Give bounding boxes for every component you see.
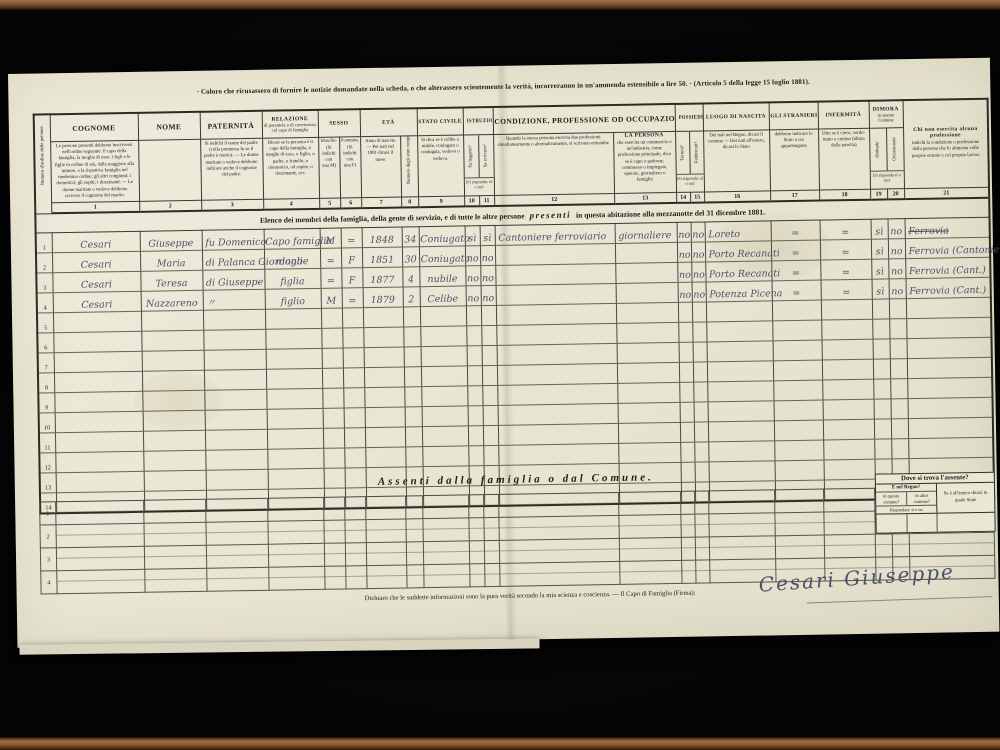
cell-occasionale [891, 439, 908, 459]
cell-scrive: no [480, 266, 495, 286]
cell-empty [268, 520, 324, 544]
cell-empty [681, 537, 695, 560]
col-dimora-title: DIMORAin questo Comune [869, 100, 903, 128]
cell-f [343, 368, 364, 388]
cell-stranieri [774, 440, 823, 461]
col-infermita-desc: Dire se è cieco, sordo-muto o cretino (i… [818, 128, 870, 190]
cell-paternita [204, 349, 266, 370]
cell-terreni [679, 382, 693, 402]
cell-infermita: = [821, 279, 872, 300]
cell-anni: 30 [402, 247, 419, 267]
cell-cognome [53, 331, 141, 352]
cell-nome [142, 390, 204, 411]
signature-rule-line [807, 596, 992, 603]
cell-empty [695, 514, 709, 537]
cell-professione [497, 344, 617, 366]
cell-anno: 1848 [362, 227, 402, 248]
cell-empty [875, 534, 892, 557]
cell-relazione [266, 348, 322, 369]
col-stranieri-desc: debbono indicare lo Stato a cui apparten… [769, 129, 819, 191]
col-luogo-desc: Dei nati nel Regno, dicasi il comune — D… [703, 130, 770, 192]
cell-relazione [267, 408, 323, 429]
cell-f [344, 408, 365, 428]
cell-empty [407, 565, 424, 588]
cell-scrive: no [481, 286, 496, 306]
cell-m [322, 388, 343, 408]
cell-empty [406, 519, 423, 542]
cell-terreni: no [677, 262, 691, 282]
cell-occasionale: no [888, 239, 905, 259]
cell-terreni: no [678, 282, 692, 302]
cell-scrive [481, 306, 496, 326]
cell-abituale [874, 399, 891, 419]
cell-empty [423, 518, 469, 542]
cell-relazione [265, 328, 321, 349]
cell-abituale: sì [872, 279, 889, 299]
cell-stato [421, 346, 467, 367]
cell-infermita [822, 359, 873, 380]
cell-anno [364, 347, 404, 368]
cell-stato [422, 426, 468, 447]
cell-infermita: = [820, 259, 871, 280]
cell-cognome [55, 451, 143, 472]
col-condizione-desc: Quando la stessa persona esercita due pr… [493, 132, 614, 195]
col-possiede-desc: Terreni? Fabbricati? (Si risponda: sì o … [675, 131, 704, 193]
cell-legge [467, 346, 482, 366]
cell-empty [423, 495, 469, 519]
cell-paternita: fu Domenico [202, 229, 264, 250]
cell-m [321, 308, 342, 328]
cell-chi: Ferrovia [905, 217, 990, 238]
col-sesso-title: SESSO [318, 109, 360, 137]
col-persona-desc: LA PERSONAche esercita un commercio o un… [613, 131, 676, 193]
cell-occasionale [890, 379, 907, 399]
cell-empty [824, 534, 875, 558]
cell-empty [500, 561, 620, 586]
cell-occasionale [889, 319, 906, 339]
cell-chi [908, 417, 993, 438]
cell-fabbricati [692, 322, 706, 342]
col-sesso-m: Maschio(Si indichi con una M) [318, 137, 340, 198]
wood-shelf-bottom [0, 737, 1000, 750]
col-eta-anno: Anno di nascita — Pei nati nel 1881 dica… [360, 136, 401, 198]
col-cognome-desc: Le persone presenti debbono inscriversi … [50, 140, 139, 203]
cell-paternita [205, 429, 267, 450]
col-dimora-desc: Abituale Occasionale (Si risponda sì o n… [869, 128, 904, 190]
row-number: 2 [36, 253, 52, 273]
cell-empty [469, 518, 484, 541]
cell-persona [615, 243, 677, 264]
cell-persona [617, 343, 679, 364]
cell-abituale [873, 339, 890, 359]
row-number: 7 [38, 353, 54, 373]
cell-empty [325, 566, 346, 589]
cell-anni: 4 [402, 267, 419, 287]
absent-box-estero: Se è all'estero dicasi in quale Stato [936, 483, 994, 513]
cell-anno: 1877 [362, 267, 402, 288]
col-paternita-title: PATERNITÀ [200, 111, 262, 140]
cell-terreni [679, 342, 693, 362]
cell-legge [466, 306, 481, 326]
cell-professione [497, 364, 617, 386]
cell-empty [709, 536, 775, 560]
cell-terreni [680, 402, 694, 422]
cell-paternita [205, 449, 267, 470]
cell-relazione [266, 388, 322, 409]
absent-box-note: Rispondasi: sì o no [876, 505, 936, 514]
cell-stato: Celibe [420, 286, 466, 307]
cell-m [323, 428, 344, 448]
cell-f [342, 328, 363, 348]
cell-cognome: Cesari [52, 231, 140, 252]
cell-stato: Coniugato [419, 226, 465, 247]
row-number: 9 [38, 393, 54, 413]
cell-luogo [707, 361, 773, 382]
cell-empty [268, 497, 324, 521]
cell-luogo: Porto Recanati [705, 261, 771, 282]
cell-empty [775, 512, 824, 536]
col-legge: Sa leggere? [464, 135, 479, 177]
cell-professione [496, 284, 616, 306]
cell-cognome: Cesari [52, 251, 140, 272]
cell-empty [499, 515, 619, 540]
col-abituale: Abituale [870, 128, 887, 170]
census-table-header: Numero d'ordine delle persone COGNOME NO… [34, 99, 990, 233]
col-condizione-title: CONDIZIONE, PROFESSIONE OD OCCUPAZIONE [493, 104, 675, 135]
cell-f: F [341, 248, 362, 268]
cell-fabbricati [692, 302, 706, 322]
cell-occasionale [889, 299, 906, 319]
cell-nome: Teresa [140, 270, 202, 291]
cell-occasionale: no [888, 219, 905, 239]
row-number: 11 [39, 433, 55, 453]
cell-infermita [822, 339, 873, 360]
col-nome-title: NOME [138, 112, 200, 141]
cell-m [323, 448, 344, 468]
cell-empty [56, 546, 144, 570]
cell-chi: Ferrovia (Cant.) [905, 257, 990, 278]
cell-empty [366, 542, 406, 566]
row-number: 12 [39, 453, 55, 473]
cell-empty [56, 523, 144, 547]
cell-cognome [54, 371, 142, 392]
cell-empty [366, 496, 406, 520]
cell-paternita: 〃 [203, 289, 265, 310]
cell-persona [618, 403, 680, 424]
cell-relazione: figlia [264, 268, 320, 289]
cell-luogo [707, 381, 773, 402]
cell-m [321, 328, 342, 348]
cell-stranieri [774, 400, 823, 421]
cell-terreni: no [677, 242, 691, 262]
col-luogo-title: LUOGO DI NASCITA [703, 102, 769, 131]
cell-anni: 34 [402, 227, 419, 247]
cell-luogo [708, 421, 774, 442]
cell-legge [466, 326, 481, 346]
cell-anni [405, 407, 422, 427]
row-number: 3 [40, 548, 56, 571]
cell-empty [268, 543, 324, 567]
cell-anni [405, 447, 422, 467]
cell-persona [615, 263, 677, 284]
cell-empty [682, 560, 696, 583]
absent-location-box: Dove si trova l'assente? È nel Regno? Se… [875, 472, 996, 534]
cell-nome [143, 450, 205, 471]
cell-m: M [321, 288, 342, 308]
cell-infermita [823, 399, 874, 420]
cell-stato [420, 326, 466, 347]
cell-empty [367, 565, 407, 589]
cell-persona [618, 443, 680, 464]
cell-infermita [822, 379, 873, 400]
cell-empty [499, 538, 619, 563]
row-number: 1 [36, 233, 52, 253]
cell-anno: 1851 [362, 247, 402, 268]
cell-stranieri [773, 340, 822, 361]
cell-nome: Nazzareno [141, 290, 203, 311]
cell-professione [495, 264, 615, 286]
cell-persona [616, 323, 678, 344]
cell-scrive [482, 386, 497, 406]
col-istruzione-title: ISTRUZIONE [463, 107, 493, 135]
cell-fabbricati [694, 402, 708, 422]
cell-legge [468, 446, 483, 466]
cell-luogo: Potenza Picena [706, 281, 772, 302]
cell-nome: Giuseppe [140, 230, 202, 251]
cell-abituale [872, 299, 889, 319]
cell-stato [420, 306, 466, 327]
cell-abituale: sì [871, 219, 888, 239]
cell-empty [269, 566, 325, 590]
cell-empty [206, 498, 268, 522]
cell-empty [695, 537, 709, 560]
cell-nome [142, 370, 204, 391]
cell-professione [495, 244, 615, 266]
cell-persona [616, 283, 678, 304]
cell-cognome [54, 351, 142, 372]
cell-scrive: no [480, 246, 495, 266]
cell-m [322, 368, 343, 388]
cell-luogo: Loreto [705, 221, 771, 242]
cell-luogo [707, 341, 773, 362]
cell-empty [823, 488, 874, 512]
cell-f [344, 448, 365, 468]
cell-empty [709, 490, 775, 514]
cell-legge: no [466, 286, 481, 306]
cell-infermita: = [820, 239, 871, 260]
census-table: Numero d'ordine delle persone COGNOME NO… [33, 98, 996, 515]
cell-fabbricati [693, 362, 707, 382]
cell-terreni: no [677, 222, 691, 242]
cell-f: = [341, 228, 362, 248]
cell-occasionale: no [888, 259, 905, 279]
cell-anno: 1879 [363, 287, 403, 308]
cell-stranieri [772, 320, 821, 341]
cell-m: = [320, 248, 341, 268]
cell-nome [141, 310, 203, 331]
cell-paternita [205, 409, 267, 430]
cell-stato [421, 386, 467, 407]
col-occasionale: Occasionale [886, 128, 904, 170]
cell-relazione: figlio [265, 288, 321, 309]
row-number: 5 [37, 313, 53, 333]
cell-fabbricati [694, 422, 708, 442]
cell-abituale [874, 439, 891, 459]
col-paternita-desc: Si indichi il nome del padre (colla prem… [200, 138, 263, 200]
cell-cognome [54, 391, 142, 412]
col-num-header: Numero d'ordine delle persone [34, 114, 52, 213]
cell-infermita: = [820, 219, 871, 240]
cell-stranieri [773, 360, 822, 381]
cell-relazione [266, 368, 322, 389]
cell-infermita [821, 319, 872, 340]
cell-abituale [873, 359, 890, 379]
cell-empty [484, 517, 499, 540]
cell-paternita: di Palanca Giordano [202, 249, 264, 270]
cell-f [343, 348, 364, 368]
cell-empty [423, 541, 469, 565]
cell-scrive: sì [480, 226, 495, 246]
cell-anno [365, 407, 405, 428]
cell-anno [363, 307, 403, 328]
cell-chi [906, 297, 991, 318]
row-number: 2 [40, 525, 56, 548]
cell-fabbricati [693, 382, 707, 402]
cell-abituale [873, 379, 890, 399]
cell-legge: no [465, 266, 480, 286]
absent-box-q2: in altro comune? [906, 492, 936, 506]
cell-stranieri: = [771, 220, 820, 241]
row-number: 1 [40, 502, 56, 525]
cell-empty [681, 514, 695, 537]
cell-empty [57, 569, 145, 593]
cell-empty [484, 494, 499, 517]
cell-m: = [320, 268, 341, 288]
cell-occasionale: no [889, 279, 906, 299]
row-number: 10 [39, 413, 55, 433]
cell-anni: 2 [403, 287, 420, 307]
under-sheet-edge [19, 638, 539, 654]
cell-scrive [482, 366, 497, 386]
cell-empty [619, 514, 681, 538]
cell-relazione: Capo famiglia [264, 228, 320, 249]
penalty-notice: · Coloro che ricusassero di fornire le n… [123, 76, 883, 97]
cell-relazione [267, 448, 323, 469]
cell-empty [345, 520, 366, 543]
cell-persona [616, 303, 678, 324]
cell-abituale: sì [871, 239, 888, 259]
cell-anni [404, 387, 421, 407]
cell-chi: Ferrovia (Cant.) [906, 277, 991, 298]
cell-empty [324, 520, 345, 543]
cell-infermita [823, 439, 874, 460]
cell-nome [143, 430, 205, 451]
absent-box-answer-cells [876, 512, 994, 533]
cell-persona: giornaliere [615, 223, 677, 244]
cell-infermita [823, 419, 874, 440]
col-scrive: Sa scrivere? [478, 135, 494, 177]
cell-terreni [678, 302, 692, 322]
cell-scrive [481, 326, 496, 346]
col-cognome-title: COGNOME [50, 113, 138, 142]
cell-stato: nubile [419, 266, 465, 287]
cell-empty [366, 519, 406, 543]
cell-empty [775, 489, 824, 513]
cell-empty [207, 567, 269, 591]
cell-professione: Cantoniere ferroviario [495, 224, 615, 246]
col-relazione-desc: Dicasi se la persona è il capo della fam… [262, 137, 319, 199]
row-number: 3 [36, 273, 52, 293]
col-infermita-title: INFERMITÀ [818, 101, 869, 129]
cell-anni [403, 307, 420, 327]
col-fabbricati: Fabbricati? [689, 131, 704, 173]
row-number: 8 [38, 373, 54, 393]
cell-terreni [680, 422, 694, 442]
cell-scrive [483, 446, 498, 466]
row-number: 6 [37, 333, 53, 353]
cell-empty [709, 513, 775, 537]
cell-f [344, 428, 365, 448]
cell-occasionale [891, 399, 908, 419]
cell-scrive [483, 426, 498, 446]
cell-professione [497, 384, 617, 406]
col-sesso-f: Femmina(Si indichi con una F) [339, 137, 361, 198]
cell-persona [618, 423, 680, 444]
cell-paternita [204, 369, 266, 390]
cell-m [322, 348, 343, 368]
cell-empty [619, 491, 681, 515]
col-stranieri-title: GLI STRANIERI [769, 102, 818, 130]
cell-stranieri [774, 420, 823, 441]
cell-luogo [706, 321, 772, 342]
cell-luogo [708, 401, 774, 422]
cell-nome [142, 350, 204, 371]
cell-anno [365, 427, 405, 448]
cell-empty [144, 545, 206, 569]
cell-empty [206, 521, 268, 545]
cell-empty [484, 540, 499, 563]
cell-cognome: Cesari [53, 291, 141, 312]
cell-fabbricati [694, 442, 708, 462]
cell-abituale [872, 319, 889, 339]
col-possiede-title: POSSIEDE [675, 103, 703, 131]
cell-terreni [680, 442, 694, 462]
cell-professione [498, 404, 618, 426]
col-stato-title: STATO CIVILE [417, 107, 463, 135]
cell-terreni [678, 322, 692, 342]
cell-stato: Coniugata [419, 246, 465, 267]
cell-empty [696, 560, 710, 583]
census-form-sheet: · Coloro che ricusassero di fornire le n… [8, 58, 999, 648]
cell-chi: Ferrovia (Cantoniere) [905, 237, 990, 258]
cell-fabbricati [693, 342, 707, 362]
cell-empty [695, 491, 709, 514]
col-terreni: Terreni? [676, 132, 690, 174]
cell-empty [206, 544, 268, 568]
cell-empty [406, 542, 423, 565]
wood-shelf-top [0, 0, 1000, 10]
photo-background: · Coloro che ricusassero di fornire le n… [0, 0, 1000, 750]
cell-legge [467, 386, 482, 406]
cell-empty [681, 491, 695, 514]
declaration-line: Dichiaro che le suddette informazioni so… [365, 590, 696, 602]
cell-anni [404, 367, 421, 387]
cell-paternita: di Giuseppe [202, 269, 264, 290]
cell-paternita [204, 389, 266, 410]
cell-luogo [706, 301, 772, 322]
cell-infermita [821, 299, 872, 320]
cell-anni [403, 327, 420, 347]
